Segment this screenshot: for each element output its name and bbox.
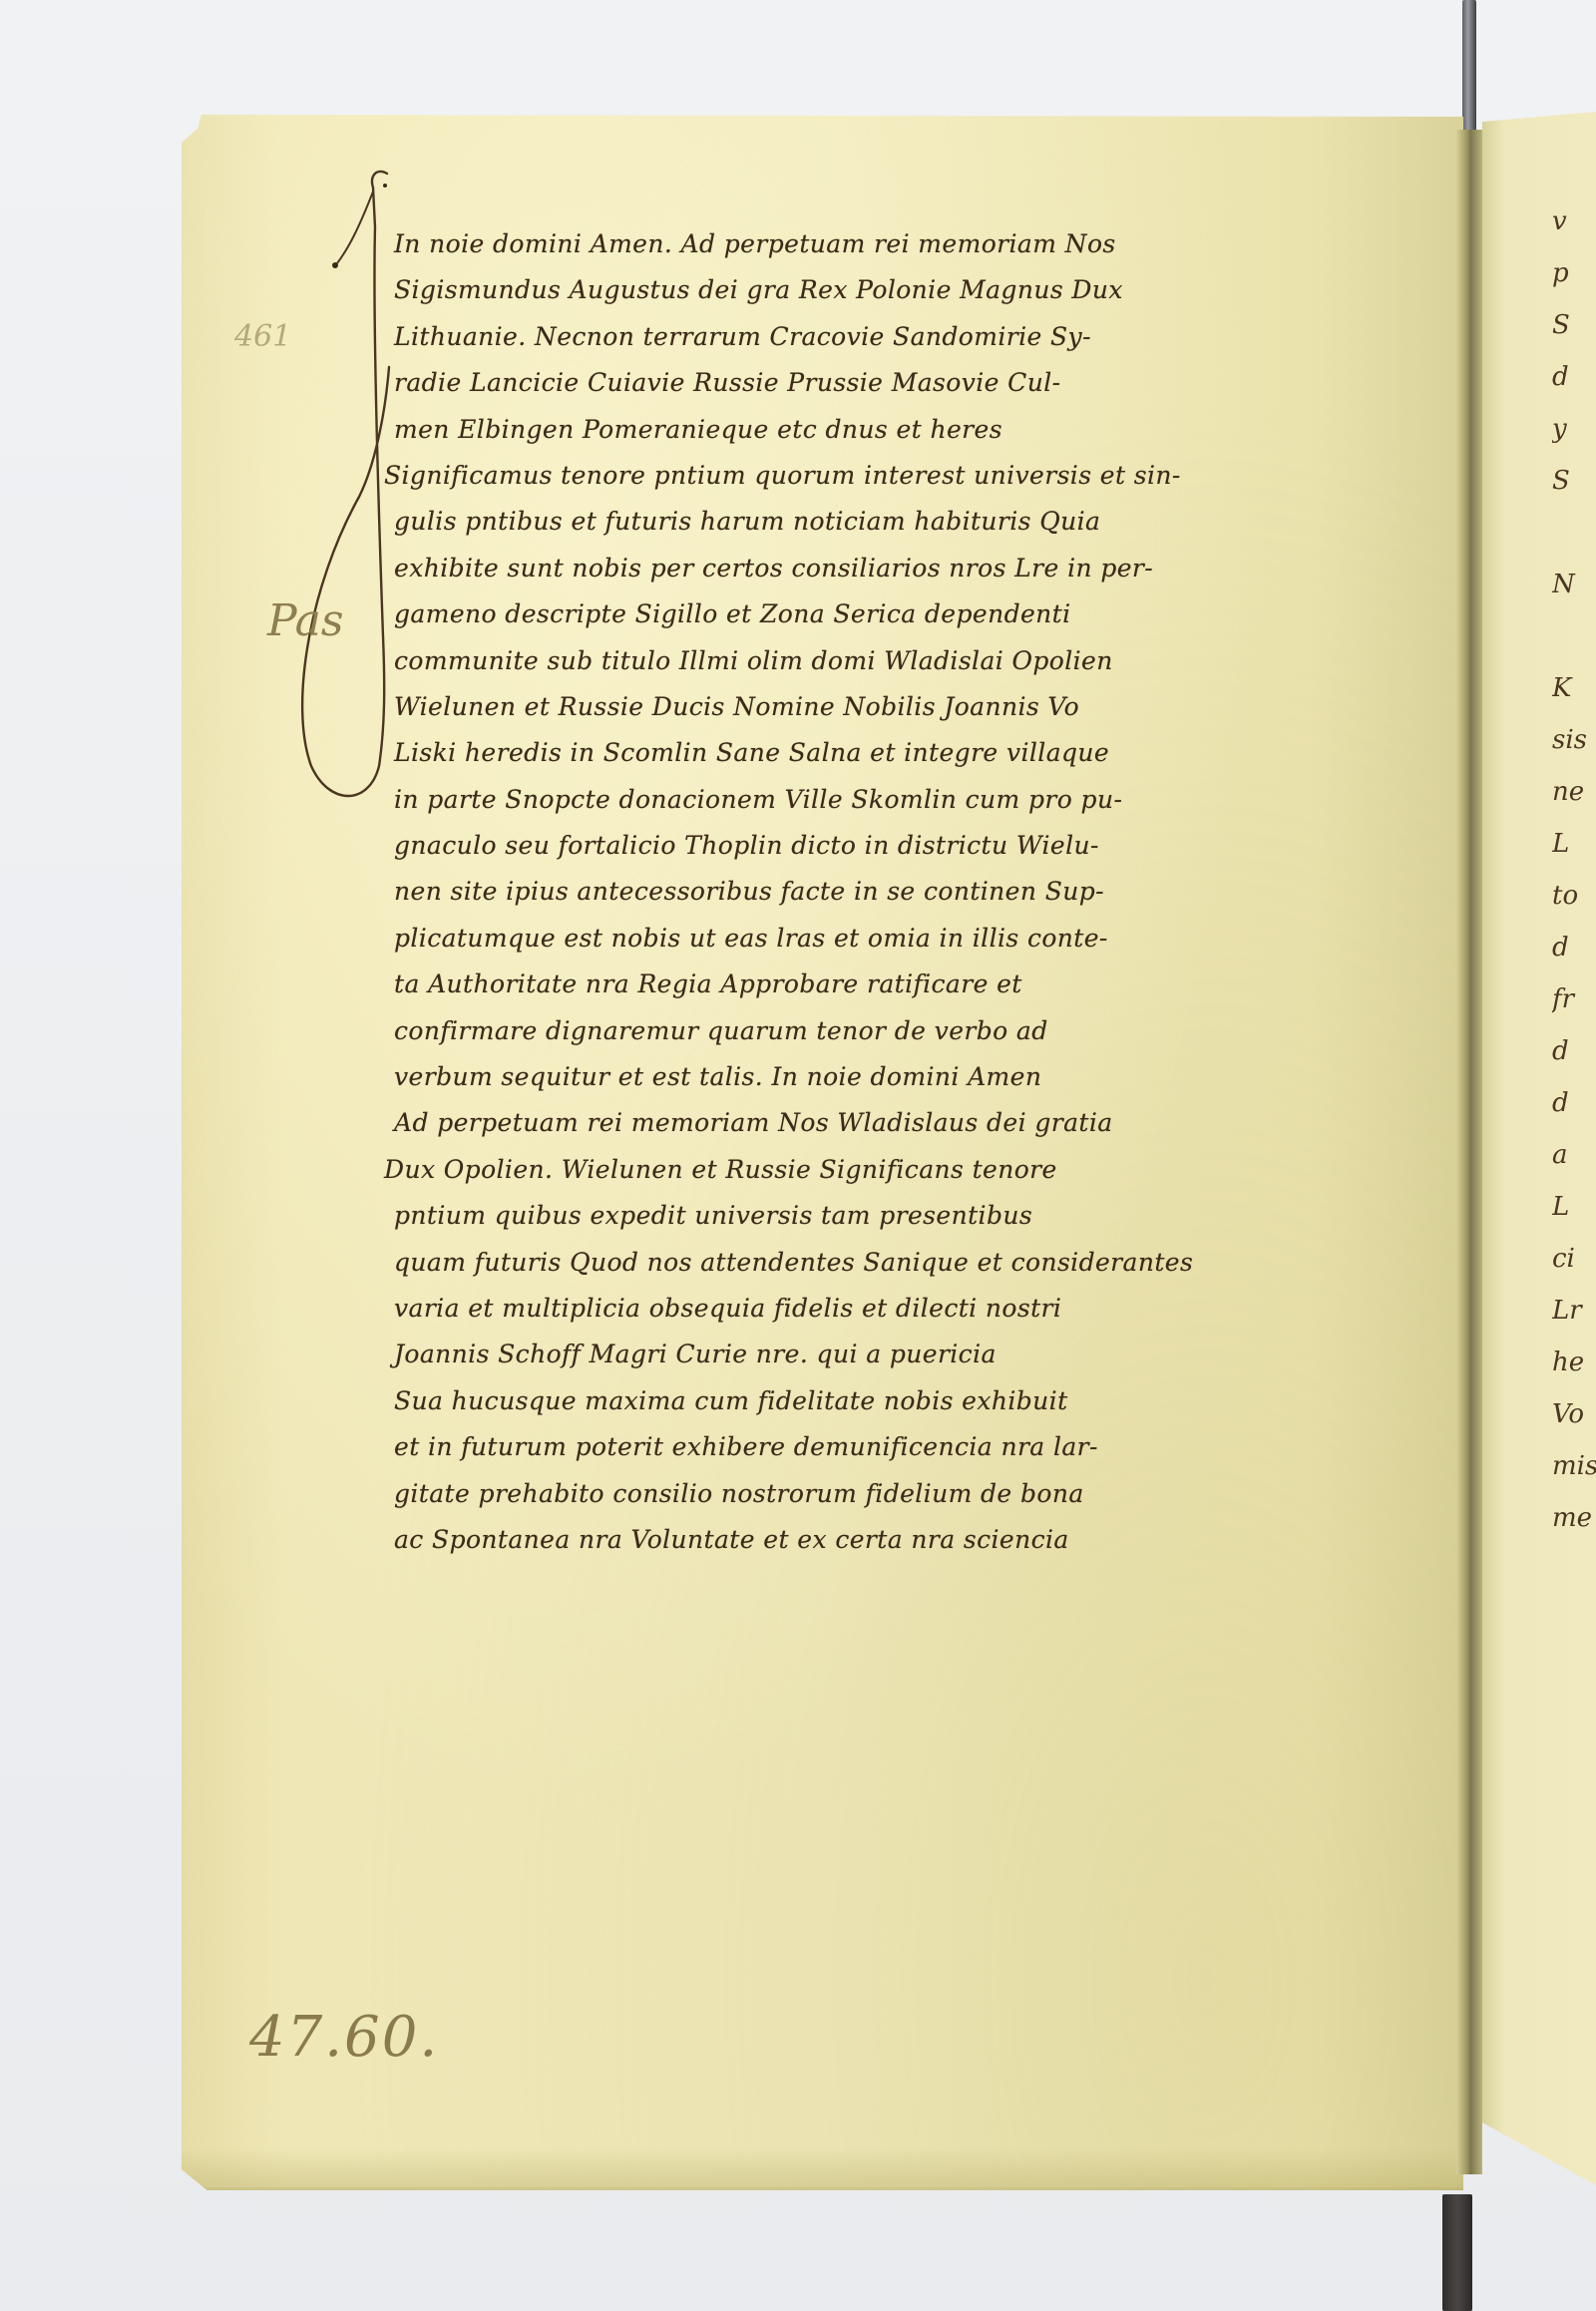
recto-line: mis <box>1552 1440 1596 1492</box>
recto-line: y <box>1552 403 1596 455</box>
text-line: Ad perpetuam rei memoriam Nos Wladislaus… <box>394 1100 1292 1146</box>
recto-line: L <box>1552 1181 1596 1233</box>
recto-line: ci <box>1552 1233 1596 1285</box>
recto-line: fr <box>1552 973 1596 1025</box>
recto-line <box>1552 507 1596 559</box>
text-line: communite sub titulo Illmi olim domi Wla… <box>394 638 1292 684</box>
recto-line: Vo <box>1552 1388 1596 1440</box>
recto-line: p <box>1552 247 1596 299</box>
text-line: gameno descripte Sigillo et Zona Serica … <box>394 591 1292 637</box>
text-line: in parte Snopcte donacionem Ville Skomli… <box>394 777 1292 823</box>
recto-line: a <box>1552 1129 1596 1181</box>
recto-line: N <box>1552 559 1596 610</box>
text-line: ta Authoritate nra Regia Approbare ratif… <box>394 962 1292 1007</box>
text-line: Dux Opolien. Wielunen et Russie Signific… <box>384 1147 1292 1193</box>
decorated-initial-j-icon <box>289 168 409 965</box>
text-line: Sigismundus Augustus dei gra Rex Polonie… <box>394 267 1292 313</box>
recto-line: sis <box>1552 714 1596 766</box>
manuscript-text: In noie domini Amen. Ad perpetuam rei me… <box>394 221 1292 1563</box>
recto-line: to <box>1552 870 1596 922</box>
text-line: Sua hucusque maxima cum fidelitate nobis… <box>394 1378 1292 1424</box>
text-line: et in futurum poterit exhibere demunific… <box>394 1424 1292 1470</box>
recto-line: he <box>1552 1337 1596 1388</box>
text-line: ac Spontanea nra Voluntate et ex certa n… <box>394 1517 1292 1563</box>
text-line: In noie domini Amen. Ad perpetuam rei me… <box>394 221 1292 267</box>
recto-line: d <box>1552 1025 1596 1077</box>
text-line: Wielunen et Russie Ducis Nomine Nobilis … <box>394 684 1292 730</box>
folio-number-bottom: 47.60. <box>249 2005 439 2070</box>
folio-number-top: 461 <box>234 319 291 354</box>
recto-line: Lr <box>1552 1285 1596 1337</box>
recto-line: me <box>1552 1492 1596 1544</box>
recto-line: S <box>1552 299 1596 351</box>
text-line: gulis pntibus et futuris harum noticiam … <box>394 499 1292 545</box>
text-line: Liski heredis in Scomlin Sane Salna et i… <box>394 730 1292 776</box>
recto-line: v <box>1552 195 1596 247</box>
text-line: Lithuanie. Necnon terrarum Cracovie Sand… <box>394 314 1292 360</box>
page-clamp-bottom <box>1442 2194 1472 2311</box>
text-line: nen site ipius antecessoribus facte in s… <box>394 869 1292 915</box>
text-line: radie Lancicie Cuiavie Russie Prussie Ma… <box>394 360 1292 406</box>
recto-line: ne <box>1552 766 1596 818</box>
text-line: verbum sequitur et est talis. In noie do… <box>394 1054 1292 1100</box>
page-clamp-top <box>1462 0 1476 135</box>
recto-line: L <box>1552 818 1596 870</box>
text-line: Joannis Schoff Magri Curie nre. qui a pu… <box>394 1332 1292 1377</box>
recto-line <box>1552 610 1596 662</box>
recto-line: S <box>1552 455 1596 507</box>
text-line: exhibite sunt nobis per certos consiliar… <box>394 546 1292 591</box>
text-line: Significamus tenore pntium quorum intere… <box>384 453 1292 499</box>
recto-line: d <box>1552 351 1596 403</box>
text-line: quam futuris Quod nos attendentes Saniqu… <box>394 1240 1292 1286</box>
recto-text-fragment: v p S d y S N K sis ne L to d fr d d a L… <box>1552 195 1596 1544</box>
text-line: gitate prehabito consilio nostrorum fide… <box>394 1471 1292 1517</box>
text-line: gnaculo seu fortalicio Thoplin dicto in … <box>394 823 1292 869</box>
recto-line: K <box>1552 662 1596 714</box>
book-gutter <box>1456 130 1482 2174</box>
margin-annotation: Pas <box>267 595 343 646</box>
recto-line: d <box>1552 1077 1596 1129</box>
text-line: confirmare dignaremur quarum tenor de ve… <box>394 1008 1292 1054</box>
text-line: men Elbingen Pomeranieque etc dnus et he… <box>394 407 1292 453</box>
recto-line: d <box>1552 922 1596 973</box>
text-line: plicatumque est nobis ut eas lras et omi… <box>394 916 1292 962</box>
text-line: varia et multiplicia obsequia fidelis et… <box>394 1286 1292 1332</box>
text-line: pntium quibus expedit universis tam pres… <box>394 1193 1292 1239</box>
